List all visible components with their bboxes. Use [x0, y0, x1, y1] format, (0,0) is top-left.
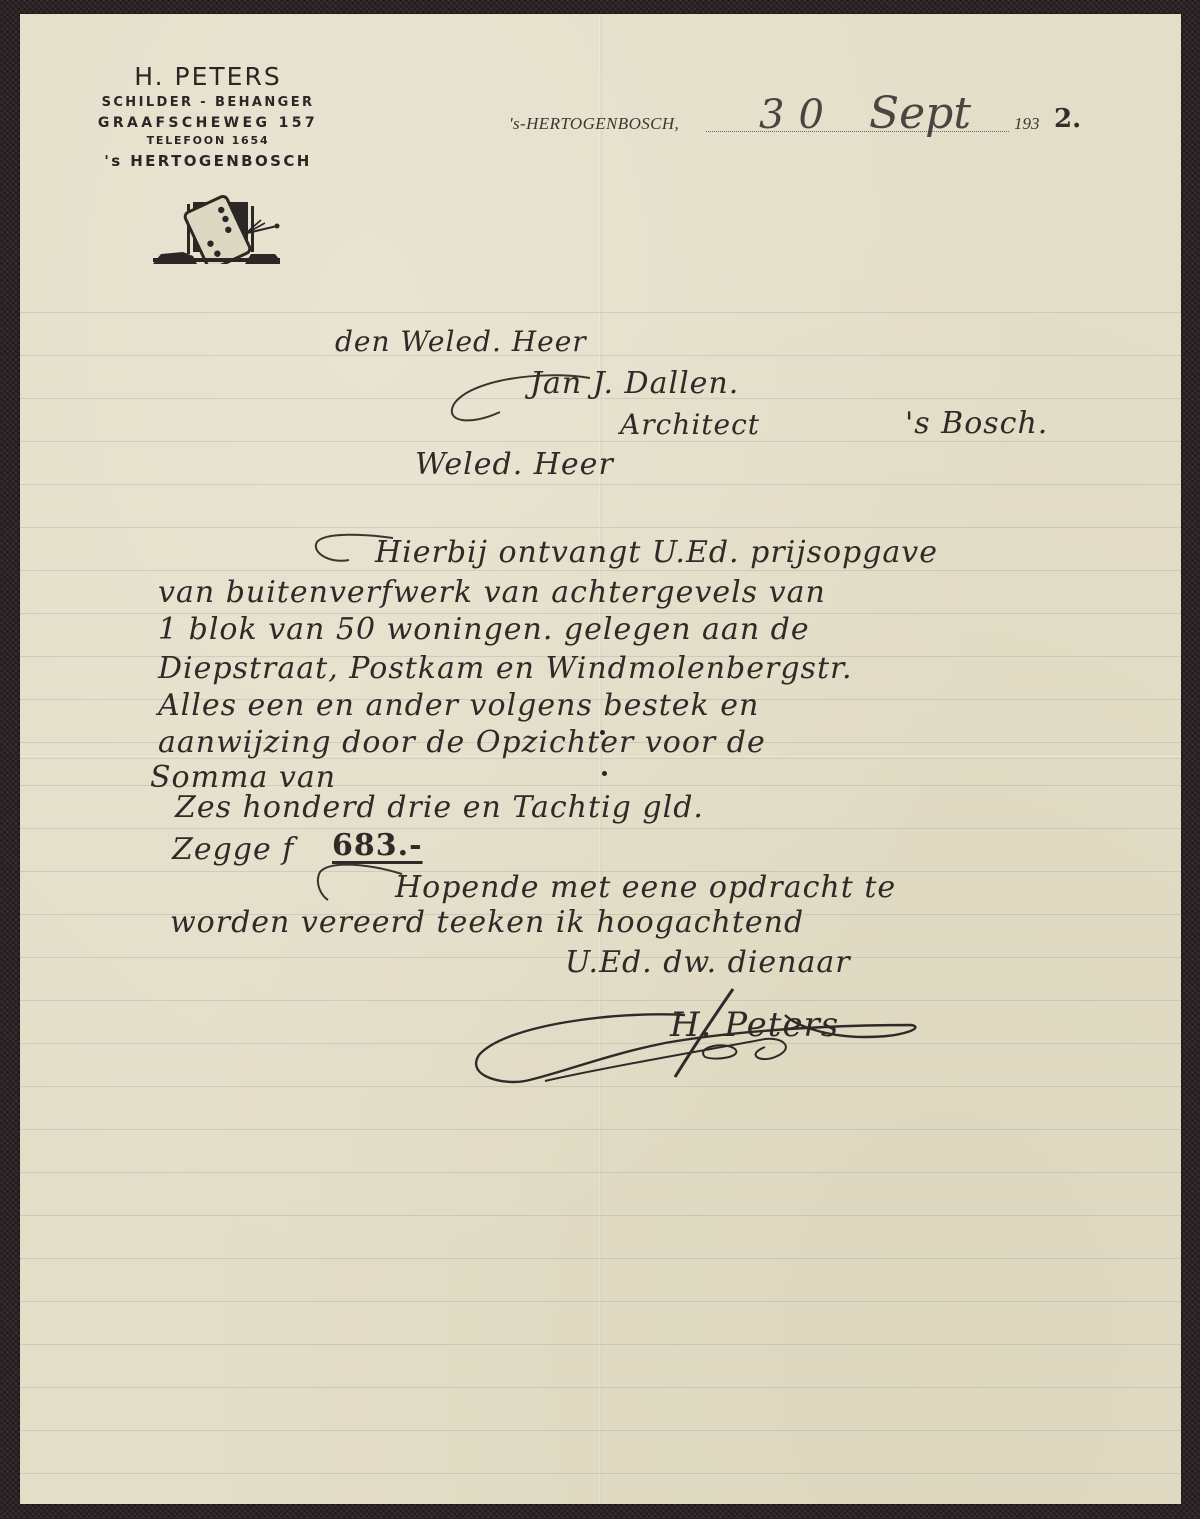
- body-line-1: Hierbij ontvangt U.Ed. prijsopgave: [375, 535, 938, 570]
- amount-prefix: Zegge f: [172, 832, 294, 867]
- date-year-handwritten: 2.: [1054, 104, 1081, 134]
- paragraph-flourish: [305, 530, 395, 570]
- amount-in-words: Zes honderd drie en Tachtig gld.: [175, 790, 704, 825]
- body-line-3: 1 blok van 50 woningen. gelegen aan de: [158, 612, 810, 647]
- address-line-3: Architect: [620, 408, 760, 441]
- letterhead-name: H. PETERS: [78, 62, 338, 91]
- signature-flourish: [465, 985, 925, 1095]
- signoff-line: U.Ed. dw. dienaar: [565, 945, 851, 980]
- body-line-4: Diepstraat, Postkam en Windmolenbergstr.: [158, 651, 853, 686]
- salutation: Weled. Heer: [415, 447, 614, 482]
- body-line-5: Alles een en ander volgens bestek en: [158, 688, 759, 723]
- printed-city: 's-HERTOGENBOSCH,: [509, 114, 679, 134]
- address-line-4: 's Bosch.: [905, 406, 1048, 441]
- palette-and-brushes-icon: [135, 192, 280, 264]
- date-day: 30: [759, 92, 838, 138]
- letterhead-phone: TELEFOON 1654: [78, 134, 338, 147]
- closing-line-1: Hopende met eene opdracht te: [395, 870, 896, 905]
- body-line-6: aanwijzing door de Opzichter voor de: [158, 725, 766, 760]
- amount-figure: 683.-: [332, 828, 423, 863]
- address-line-1: den Weled. Heer: [335, 325, 587, 358]
- letterhead-street: GRAAFSCHEWEG 157: [78, 115, 338, 131]
- date-month: Sept: [869, 88, 971, 139]
- pin-hole: [602, 771, 607, 776]
- letterhead-trade: SCHILDER - BEHANGER: [78, 95, 338, 110]
- address-flourish: [440, 360, 600, 440]
- date-year-printed: 193: [1014, 114, 1040, 134]
- body-line-2: van buitenverfwerk van achtergevels van: [158, 575, 826, 610]
- closing-line-2: worden vereerd teeken ik hoogachtend: [170, 905, 804, 940]
- date-line: 's-HERTOGENBOSCH, 30 Sept 193 2.: [509, 100, 1109, 140]
- letterhead-city: 's HERTOGENBOSCH: [78, 152, 338, 170]
